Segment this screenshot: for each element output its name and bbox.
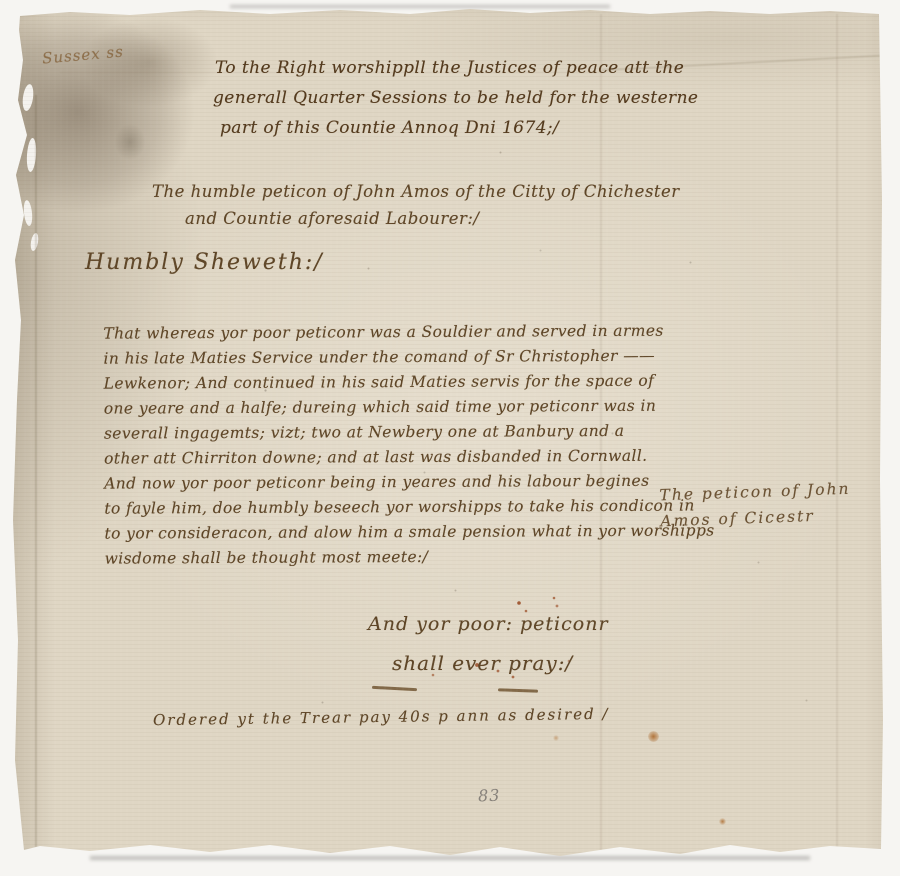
vertical-fold-crease <box>35 95 37 847</box>
petition-body: That whereas yor poor peticonr was a Sou… <box>103 321 714 574</box>
horizontal-fold-crease <box>602 55 880 72</box>
petition-title-line: The humble peticon of John Amos of the C… <box>152 182 680 201</box>
salutation: Humbly Sheweth:/ <box>85 250 324 275</box>
torn-edge-chip <box>21 83 35 111</box>
paper-sheet: Sussex ss To the Right worshippll the Ju… <box>0 0 900 876</box>
deckle-edge-shadow-top <box>230 5 610 8</box>
archival-county-mark: Sussex ss <box>41 42 124 67</box>
heading-line: generall Quarter Sessions to be held for… <box>213 88 698 108</box>
foxing-stain <box>719 818 726 825</box>
body-line: one yeare and a halfe; dureing which sai… <box>104 396 714 424</box>
heading-line: To the Right worshippll the Justices of … <box>215 58 684 78</box>
vertical-fold-crease <box>600 14 602 852</box>
deckle-edge-shadow-bottom <box>90 856 810 860</box>
vertical-fold-crease <box>836 14 838 852</box>
folio-number: 83 <box>478 786 501 806</box>
body-line: to fayle him, doe humbly beseech yor wor… <box>104 496 714 524</box>
foxing-stain <box>553 735 559 741</box>
court-order-note: Ordered yt the Trear pay 40s p ann as de… <box>153 705 610 729</box>
pen-flourish <box>372 686 417 691</box>
torn-edge-chip <box>26 138 37 173</box>
paper-speckles <box>0 0 1 1</box>
heading-line: part of this Countie Annoq Dni 1674;/ <box>220 118 559 138</box>
body-line: to yor consideracon, and alow him a smal… <box>104 521 714 549</box>
body-line: in his late Maties Service under the com… <box>103 346 713 374</box>
pen-flourish <box>498 688 538 692</box>
body-line: Lewkenor; And continued in his said Mati… <box>104 371 714 399</box>
clerk-margin-note: The peticon of John Amos of Cicestr <box>659 480 852 539</box>
margin-note-line: The peticon of John <box>659 480 851 513</box>
body-line: other att Chirriton downe; and at last w… <box>104 446 714 474</box>
foxing-stain <box>648 731 659 742</box>
body-line: That whereas yor poor peticonr was a Sou… <box>103 321 713 349</box>
petition-title-line: and Countie aforesaid Labourer:/ <box>185 209 480 228</box>
torn-edge-chip <box>29 233 39 252</box>
body-line: And now yor poor peticonr being in yeare… <box>104 471 714 499</box>
closing-line: And yor poor: peticonr <box>368 613 609 635</box>
horizontal-fold-crease <box>60 72 600 73</box>
body-line: severall ingagemts; vizt; two at Newbery… <box>104 421 714 449</box>
torn-edge-chip <box>23 200 34 227</box>
closing-line: shall ever pray:/ <box>392 651 573 675</box>
manuscript-scan: Sussex ss To the Right worshippll the Ju… <box>0 0 900 876</box>
body-line: wisdome shall be thought most meete:/ <box>105 546 715 574</box>
ink-speckles <box>0 0 2 2</box>
margin-note-line: Amos of Cicestr <box>660 506 852 539</box>
